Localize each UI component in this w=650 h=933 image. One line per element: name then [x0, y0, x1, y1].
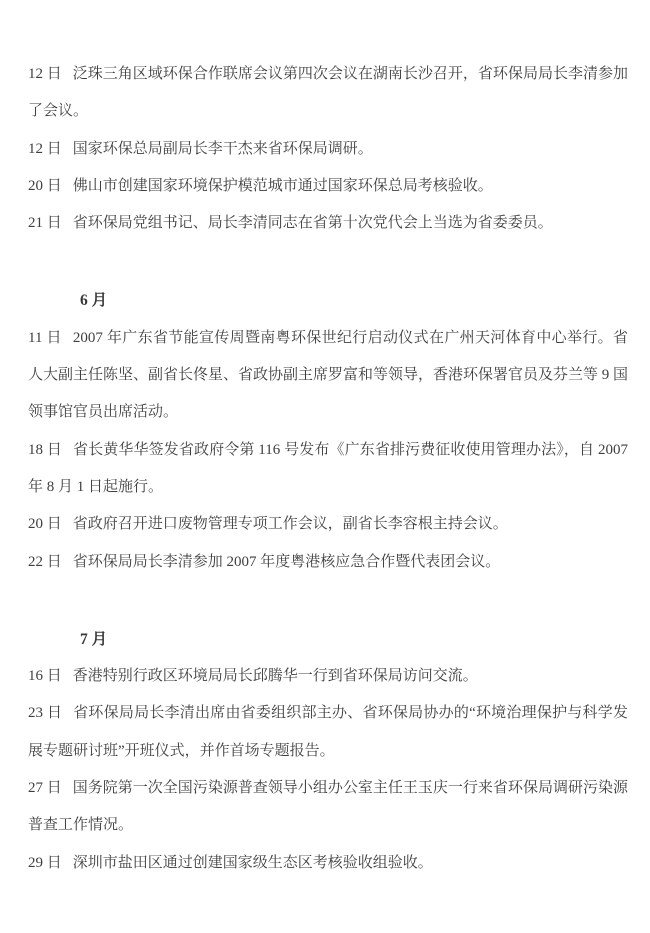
entry-date: 12 日 — [28, 141, 62, 157]
month-section: 7 月 16 日香港特别行政区环境局局长邱腾华一行到省环保局访问交流。 23 日… — [28, 621, 628, 882]
chronicle-entry: 12 日国家环保总局副局长李干杰来省环保局调研。 — [28, 131, 628, 168]
entry-text: 2007 年广东省节能宣传周暨南粤环保世纪行启动仪式在广州天河体育中心举行。省人… — [28, 330, 628, 421]
document-page: 12 日泛珠三角区域环保合作联席会议第四次会议在湖南长沙召开，省环保局局长李清参… — [0, 0, 650, 933]
entry-text: 省环保局局长李清参加 2007 年度粤港核应急合作暨代表团会议。 — [73, 554, 501, 570]
entry-text: 香港特别行政区环境局局长邱腾华一行到省环保局访问交流。 — [73, 668, 478, 684]
entry-date: 29 日 — [28, 855, 62, 871]
chronicle-entry: 22 日省环保局局长李清参加 2007 年度粤港核应急合作暨代表团会议。 — [28, 544, 628, 581]
entry-date: 20 日 — [28, 516, 62, 532]
entry-date: 18 日 — [28, 442, 62, 458]
month-section: 6 月 11 日2007 年广东省节能宣传周暨南粤环保世纪行启动仪式在广州天河体… — [28, 282, 628, 580]
month-section: 12 日泛珠三角区域环保合作联席会议第四次会议在湖南长沙召开，省环保局局长李清参… — [28, 56, 628, 242]
chronicle-entry: 18 日省长黄华华签发省政府令第 116 号发布《广东省排污费征收使用管理办法》… — [28, 432, 628, 507]
chronicle-entry: 20 日佛山市创建国家环境保护模范城市通过国家环保总局考核验收。 — [28, 168, 628, 205]
chronicle-entry: 23 日省环保局局长李清出席由省委组织部主办、省环保局协办的“环境治理保护与科学… — [28, 695, 628, 770]
chronicle-entry: 16 日香港特别行政区环境局局长邱腾华一行到省环保局访问交流。 — [28, 658, 628, 695]
entry-date: 23 日 — [28, 705, 62, 721]
chronicle-entry: 29 日深圳市盐田区通过创建国家级生态区考核验收组验收。 — [28, 845, 628, 882]
entry-date: 16 日 — [28, 668, 62, 684]
entry-text: 省环保局党组书记、局长李清同志在省第十次党代会上当选为省委委员。 — [73, 215, 553, 231]
entry-date: 27 日 — [28, 780, 62, 796]
entry-text: 省环保局局长李清出席由省委组织部主办、省环保局协办的“环境治理保护与科学发展专题… — [28, 705, 628, 758]
entry-date: 22 日 — [28, 554, 62, 570]
entry-text: 国家环保总局副局长李干杰来省环保局调研。 — [73, 141, 373, 157]
month-heading: 7 月 — [80, 621, 628, 658]
entry-text: 国务院第一次全国污染源普查领导小组办公室主任王玉庆一行来省环保局调研污染源普查工… — [28, 780, 628, 833]
entry-date: 11 日 — [28, 330, 62, 346]
entry-text: 佛山市创建国家环境保护模范城市通过国家环保总局考核验收。 — [73, 178, 493, 194]
entry-text: 省长黄华华签发省政府令第 116 号发布《广东省排污费征收使用管理办法》，自 2… — [28, 442, 628, 495]
month-heading: 6 月 — [80, 282, 628, 319]
chronicle-entry: 21 日省环保局党组书记、局长李清同志在省第十次党代会上当选为省委委员。 — [28, 205, 628, 242]
entry-text: 泛珠三角区域环保合作联席会议第四次会议在湖南长沙召开，省环保局局长李清参加了会议… — [28, 66, 628, 119]
entry-date: 21 日 — [28, 215, 62, 231]
entry-date: 12 日 — [28, 66, 62, 82]
chronicle-entry: 11 日2007 年广东省节能宣传周暨南粤环保世纪行启动仪式在广州天河体育中心举… — [28, 320, 628, 432]
chronicle-entry: 20 日省政府召开进口废物管理专项工作会议，副省长李容根主持会议。 — [28, 506, 628, 543]
chronicle-entry: 12 日泛珠三角区域环保合作联席会议第四次会议在湖南长沙召开，省环保局局长李清参… — [28, 56, 628, 131]
entry-text: 省政府召开进口废物管理专项工作会议，副省长李容根主持会议。 — [73, 516, 508, 532]
chronicle-entry: 27 日国务院第一次全国污染源普查领导小组办公室主任王玉庆一行来省环保局调研污染… — [28, 770, 628, 845]
entry-text: 深圳市盐田区通过创建国家级生态区考核验收组验收。 — [73, 855, 433, 871]
entry-date: 20 日 — [28, 178, 62, 194]
chronicle-content: 12 日泛珠三角区域环保合作联席会议第四次会议在湖南长沙召开，省环保局局长李清参… — [28, 56, 628, 882]
